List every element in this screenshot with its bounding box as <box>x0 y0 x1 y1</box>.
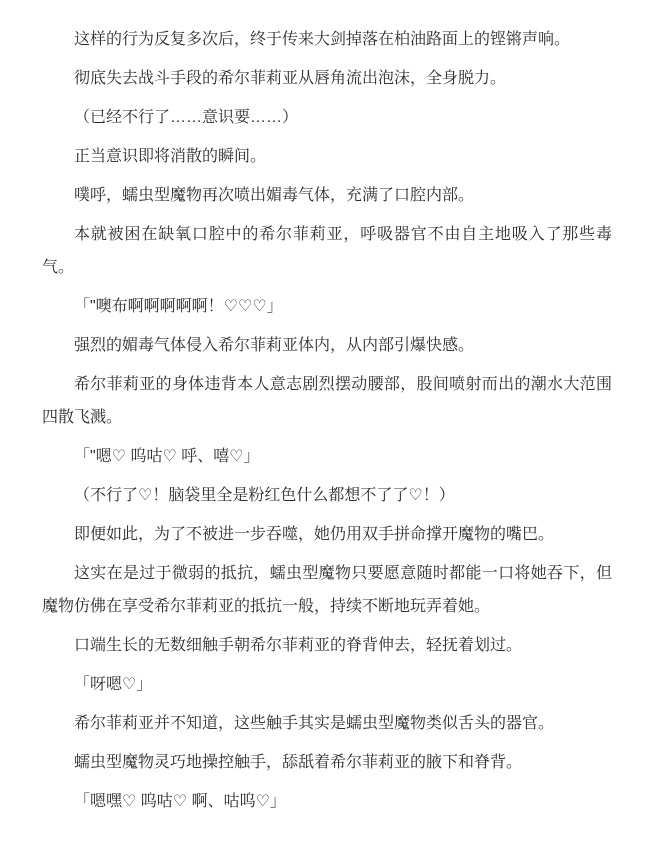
paragraph: 「"嗯♡ 呜咕♡ 呼、嘻♡」 <box>42 440 612 473</box>
novel-text-page: 这样的行为反复多次后，终于传来大剑掉落在柏油路面上的铿锵声响。 彻底失去战斗手段… <box>0 0 650 850</box>
paragraph: 希尔菲莉亚的身体违背本人意志剧烈摆动腰部，股间喷射而出的潮水大范围四散飞溅。 <box>42 368 612 434</box>
paragraph: （不行了♡！脑袋里全是粉红色什么都想不了了♡！） <box>42 479 612 512</box>
paragraph: 这样的行为反复多次后，终于传来大剑掉落在柏油路面上的铿锵声响。 <box>42 23 612 56</box>
paragraph: 噗呼，蠕虫型魔物再次喷出媚毒气体，充满了口腔内部。 <box>42 179 612 212</box>
paragraph: 这实在是过于微弱的抵抗，蠕虫型魔物只要愿意随时都能一口将她吞下，但魔物仿佛在享受… <box>42 557 612 623</box>
paragraph: （已经不行了……意识要……） <box>42 101 612 134</box>
paragraph: 「嗯嘿♡ 呜咕♡ 啊、咕呜♡」 <box>42 785 612 818</box>
paragraph: 正当意识即将消散的瞬间。 <box>42 140 612 173</box>
paragraph: 强烈的媚毒气体侵入希尔菲莉亚体内，从内部引爆快感。 <box>42 329 612 362</box>
paragraph: 本就被困在缺氧口腔中的希尔菲莉亚，呼吸器官不由自主地吸入了那些毒气。 <box>42 218 612 284</box>
paragraph: 彻底失去战斗手段的希尔菲莉亚从唇角流出泡沫，全身脱力。 <box>42 62 612 95</box>
paragraph: 口端生长的无数细触手朝希尔菲莉亚的脊背伸去，轻抚着划过。 <box>42 629 612 662</box>
paragraph: 「呀嗯♡」 <box>42 668 612 701</box>
paragraph: 即便如此，为了不被进一步吞噬，她仍用双手拼命撑开魔物的嘴巴。 <box>42 518 612 551</box>
paragraph: 希尔菲莉亚并不知道，这些触手其实是蠕虫型魔物类似舌头的器官。 <box>42 707 612 740</box>
paragraph: 蠕虫型魔物灵巧地操控触手，舔舐着希尔菲莉亚的腋下和脊背。 <box>42 746 612 779</box>
paragraph: 「"噢布啊啊啊啊啊！♡♡♡」 <box>42 290 612 323</box>
